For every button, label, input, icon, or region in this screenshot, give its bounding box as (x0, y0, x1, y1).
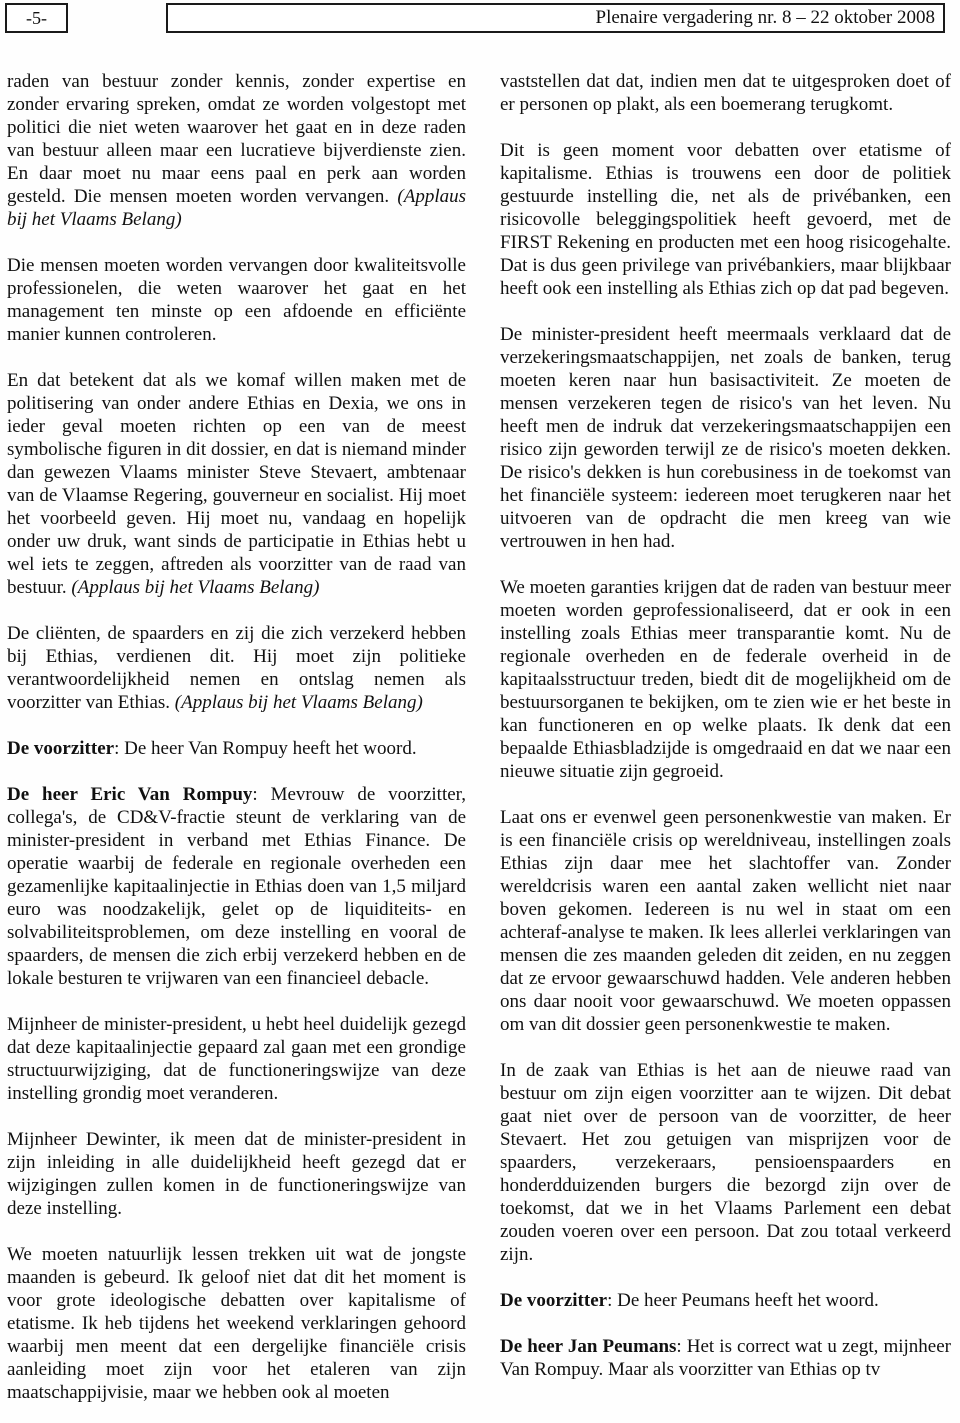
text-columns: raden van bestuur zonder kennis, zonder … (7, 70, 951, 1423)
paragraph: We moeten garanties krijgen dat de raden… (500, 576, 951, 783)
speaker-name: De voorzitter (500, 1290, 607, 1311)
speaker-name: De heer Eric Van Rompuy (7, 784, 252, 805)
paragraph: De cliënten, de spaarders en zij die zic… (7, 622, 466, 714)
paragraph-text: Die mensen moeten worden vervangen door … (7, 255, 466, 345)
paragraph-text: We moeten garanties krijgen dat de raden… (500, 577, 951, 782)
paragraph: Laat ons er evenwel geen personenkwestie… (500, 806, 951, 1036)
paragraph-text: De minister-president heeft meermaals ve… (500, 324, 951, 552)
paragraph: De voorzitter: De heer Peumans heeft het… (500, 1289, 951, 1312)
paragraph: En dat betekent dat als we komaf willen … (7, 369, 466, 599)
paragraph-text: : De heer Peumans heeft het woord. (607, 1290, 879, 1311)
page-number: -5- (26, 8, 47, 29)
paragraph-text: Mijnheer Dewinter, ik meen dat de minist… (7, 1129, 466, 1219)
paragraph: Die mensen moeten worden vervangen door … (7, 254, 466, 346)
page-number-box: -5- (5, 3, 68, 33)
stage-direction: (Applaus bij het Vlaams Belang) (175, 692, 423, 713)
paragraph: De heer Jan Peumans: Het is correct wat … (500, 1335, 951, 1381)
right-column: vaststellen dat dat, indien men dat te u… (500, 70, 951, 1423)
document-page: -5- Plenaire vergadering nr. 8 – 22 okto… (0, 0, 960, 1423)
paragraph: We moeten natuurlijk lessen trekken uit … (7, 1243, 466, 1404)
paragraph: vaststellen dat dat, indien men dat te u… (500, 70, 951, 116)
paragraph: raden van bestuur zonder kennis, zonder … (7, 70, 466, 231)
paragraph-text: Laat ons er evenwel geen personenkwestie… (500, 807, 951, 1035)
paragraph: Mijnheer Dewinter, ik meen dat de minist… (7, 1128, 466, 1220)
stage-direction: (Applaus bij het Vlaams Belang) (71, 577, 319, 598)
paragraph: Dit is geen moment voor debatten over et… (500, 139, 951, 300)
paragraph-text: En dat betekent dat als we komaf willen … (7, 370, 466, 598)
paragraph-text: We moeten natuurlijk lessen trekken uit … (7, 1244, 466, 1403)
paragraph: De voorzitter: De heer Van Rompuy heeft … (7, 737, 466, 760)
paragraph-text: Mijnheer de minister-president, u hebt h… (7, 1014, 466, 1104)
header-title-box: Plenaire vergadering nr. 8 – 22 oktober … (166, 3, 945, 33)
paragraph: De minister-president heeft meermaals ve… (500, 323, 951, 553)
paragraph-text: Dit is geen moment voor debatten over et… (500, 140, 951, 299)
left-column: raden van bestuur zonder kennis, zonder … (7, 70, 466, 1423)
paragraph: In de zaak van Ethias is het aan de nieu… (500, 1059, 951, 1266)
paragraph-text: vaststellen dat dat, indien men dat te u… (500, 71, 951, 115)
speaker-name: De voorzitter (7, 738, 114, 759)
paragraph: Mijnheer de minister-president, u hebt h… (7, 1013, 466, 1105)
paragraph: De heer Eric Van Rompuy: Mevrouw de voor… (7, 783, 466, 990)
paragraph-text: : De heer Van Rompuy heeft het woord. (114, 738, 417, 759)
paragraph-text: : Mevrouw de voorzitter, collega's, de C… (7, 784, 466, 989)
paragraph-text: In de zaak van Ethias is het aan de nieu… (500, 1060, 951, 1265)
document-title: Plenaire vergadering nr. 8 – 22 oktober … (596, 7, 935, 29)
speaker-name: De heer Jan Peumans (500, 1336, 676, 1357)
